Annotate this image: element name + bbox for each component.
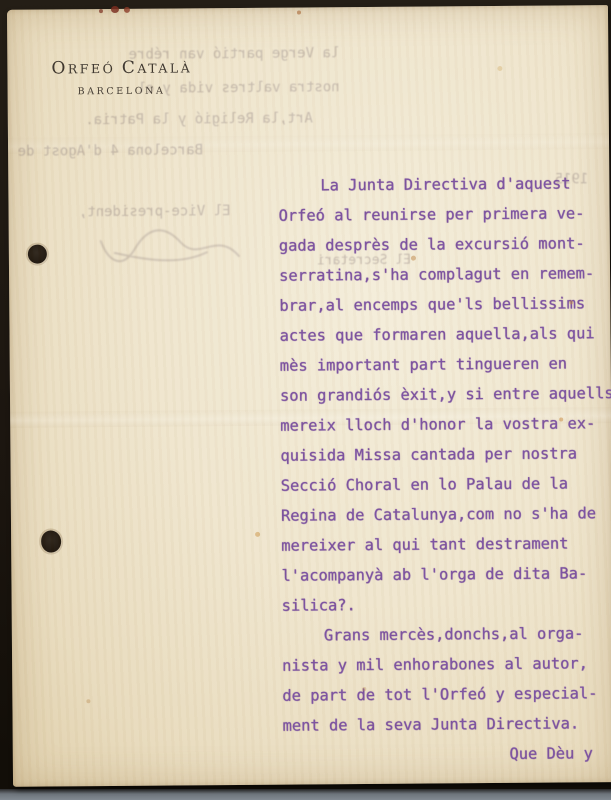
typewritten-line: mereix lloch d'honor la vostra ex- [280, 408, 611, 441]
scanned-document-view: la Verge partió van rébre nostra valtres… [0, 0, 611, 800]
typewritten-line: gada desprès de la excursió mont- [279, 228, 611, 261]
typewritten-body: La Junta Directiva d'aquestOrfeó al reun… [278, 168, 611, 771]
foxing-spot [86, 699, 90, 703]
punch-hole-top [28, 245, 47, 264]
ghost-signature-icon [97, 218, 247, 271]
typewritten-line: nista y mil enhorabones al autor, [282, 648, 611, 681]
foxing-spot [255, 532, 260, 537]
typewritten-line: brar,al encemps que'ls bellissims [279, 288, 611, 321]
typewritten-line: l'acompanyà ab l'orga de dita Ba- [281, 558, 611, 591]
bleedthrough-line: Barcelona 4 d'Agost de [38, 142, 203, 159]
typewritten-line: silica?. [282, 588, 611, 621]
letter-paper: la Verge partió van rébre nostra valtres… [7, 5, 611, 787]
foxing-spot [111, 6, 119, 13]
typewritten-line: de part de tot l'Orfeó y especial- [282, 678, 611, 711]
letterhead: ORFEÓ CATALÀ BARCELONA [51, 57, 192, 97]
typewritten-line: Secció Choral en lo Palau de la [281, 468, 611, 501]
typewritten-line: mès important part tingueren en [280, 348, 611, 381]
foxing-spot [124, 7, 130, 13]
org-city: BARCELONA [78, 85, 193, 97]
typewritten-line: Orfeó al reunirse per primera ve- [278, 198, 610, 231]
foxing-spot [297, 11, 301, 15]
foxing-spot [99, 9, 103, 13]
typewritten-line: quisida Missa cantada per nostra [280, 438, 611, 471]
typewritten-line: mereixer al qui tant destrament [281, 528, 611, 561]
scanner-bed-strip [0, 789, 611, 800]
typewritten-line: serratina,s'ha complagut en remem- [279, 258, 611, 291]
foxing-spot [497, 66, 502, 71]
bleedthrough-line: Art,la Religió y la Patria. [78, 110, 313, 128]
typewritten-line: son grandiós èxit,y si entre aquells [280, 378, 611, 411]
typewritten-line: Grans mercès,donchs,al orga- [282, 618, 611, 651]
org-name: ORFEÓ CATALÀ [51, 57, 192, 78]
typewritten-line: Regina de Catalunya,com no s'ha de [281, 498, 611, 531]
typewritten-line: ment de la seva Junta Directiva. [282, 708, 611, 741]
paper-crease [8, 133, 609, 154]
punch-hole-bottom [41, 530, 61, 552]
typewritten-line: La Junta Directiva d'aquest [278, 168, 610, 201]
typewritten-line: actes que formaren aquella,als qui [279, 318, 611, 351]
typewritten-line: Que Dèu y [283, 738, 611, 771]
